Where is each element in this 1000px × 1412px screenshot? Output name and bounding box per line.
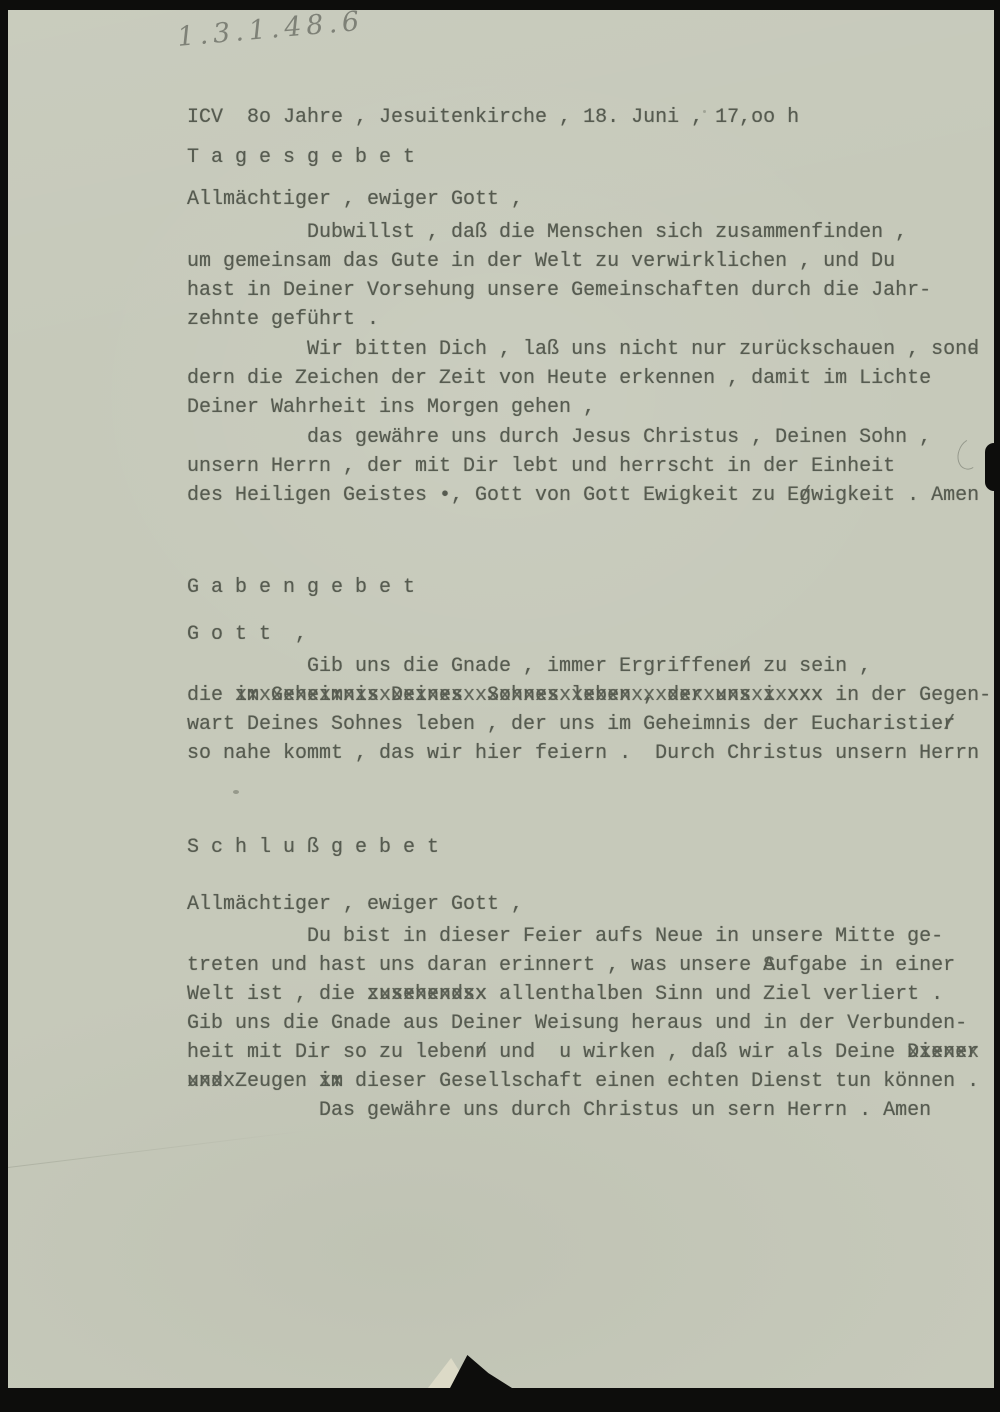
paragraph: Allmächtiger , ewiger Gott , (187, 890, 988, 919)
paragraph: G o t t , (187, 620, 988, 649)
document-line: Gib uns die Gnade , immer Ergriffenen/ z… (187, 652, 988, 681)
right-edge-tear (985, 443, 994, 491)
document-line: dern die Zeichen der Zeit von Heute erke… (187, 364, 988, 393)
document-line: Das gewähre uns durch Christus un sern H… (187, 1096, 988, 1125)
document-line: Allmächtiger , ewiger Gott , (187, 890, 988, 919)
section-schlussgebet: S c h l u ß g e b e tAllmächtiger , ewig… (187, 833, 988, 1125)
header-line: ICV 8o Jahre , Jesuitenkirche , 18. Juni… (187, 103, 988, 132)
scan-background: { "colors": { "scan_background": "#0d0d0… (0, 0, 1000, 1412)
document-body: ICV 8o Jahre , Jesuitenkirche , 18. Juni… (187, 10, 988, 1125)
section-tagesgebet: T a g e s g e b e tAllmächtiger , ewiger… (187, 143, 988, 510)
overstruck-text: Dienerxxxxxx (907, 1038, 979, 1067)
document-line: Du bist in dieser Feier aufs Neue in uns… (187, 922, 988, 951)
document-line: so nahe kommt , das wir hier feiern . Du… (187, 739, 988, 768)
paragraph: Gib uns die Gnade , immer Ergriffenen/ z… (187, 652, 988, 768)
document-line: Dubwillst , daß die Menschen sich zusamm… (187, 218, 988, 247)
overstruck-text: d- (967, 335, 979, 364)
paragraph: Dubwillst , daß die Menschen sich zusamm… (187, 218, 988, 334)
overstruck-text: AS (763, 951, 775, 980)
overstruck-text: n/ (739, 652, 751, 681)
document-line: G o t t , (187, 620, 988, 649)
section-gabengebet: G a b e n g e b e tG o t t , Gib uns die… (187, 573, 988, 768)
paragraph: Du bist in dieser Feier aufs Neue in uns… (187, 922, 988, 1125)
section-heading: G a b e n g e b e t (187, 573, 988, 602)
paper-speck (703, 110, 706, 113)
overstruck-text: n/ (475, 1038, 487, 1067)
overstruck-text: r/ (943, 710, 955, 739)
overstruck-text: g/ (799, 481, 811, 510)
document-line: zehnte geführt . (187, 305, 988, 334)
paragraph: Wir bitten Dich , laß uns nicht nur zurü… (187, 335, 988, 422)
document-line: die im Geheimnis Deines Sohnes leben , d… (187, 681, 988, 710)
section-heading: S c h l u ß g e b e t (187, 833, 988, 862)
bottom-tear (450, 1355, 512, 1388)
overstruck-text: im Geheimnis Deines Sohnes leben , der u… (235, 681, 823, 710)
document-line: treten und hast uns daran erinnert , was… (187, 951, 988, 980)
document-line: des Heiligen Geistes •, Gott von Gott Ew… (187, 481, 988, 510)
document-line: unsern Herrn , der mit Dir lebt und herr… (187, 452, 988, 481)
section-heading: T a g e s g e b e t (187, 143, 988, 172)
paragraph: das gewähre uns durch Jesus Christus , D… (187, 423, 988, 510)
paper-crease (8, 1130, 306, 1168)
document-line: undxxxxZeugen imxx dieser Gesellschaft e… (187, 1067, 988, 1096)
document-line: wart Deines Sohnes leben , der uns im Ge… (187, 710, 988, 739)
overstruck-text: zusehendsxxxxxxxxxxx (367, 980, 487, 1009)
overstruck-text: undxxx (187, 1067, 223, 1096)
document-line: Deiner Wahrheit ins Morgen gehen , (187, 393, 988, 422)
document-sections: T a g e s g e b e tAllmächtiger , ewiger… (187, 143, 988, 1125)
paper-speck (233, 790, 239, 794)
document-line: heit mit Dir so zu lebenn/ und u wirken … (187, 1038, 988, 1067)
document-paper: 1.3.1.48.6 ICV 8o Jahre , Jesuitenkirche… (8, 10, 994, 1388)
document-line: Welt ist , die zusehendsxxxxxxxxxxx alle… (187, 980, 988, 1009)
document-line: um gemeinsam das Gute in der Welt zu ver… (187, 247, 988, 276)
document-line: Wir bitten Dich , laß uns nicht nur zurü… (187, 335, 988, 364)
document-line: Allmächtiger , ewiger Gott , (187, 185, 988, 214)
document-line: das gewähre uns durch Jesus Christus , D… (187, 423, 988, 452)
document-line: Gib uns die Gnade aus Deiner Weisung her… (187, 1009, 988, 1038)
paragraph: Allmächtiger , ewiger Gott , (187, 185, 988, 214)
document-line: hast in Deiner Vorsehung unsere Gemeinsc… (187, 276, 988, 305)
overstruck-text: imxx (319, 1067, 343, 1096)
